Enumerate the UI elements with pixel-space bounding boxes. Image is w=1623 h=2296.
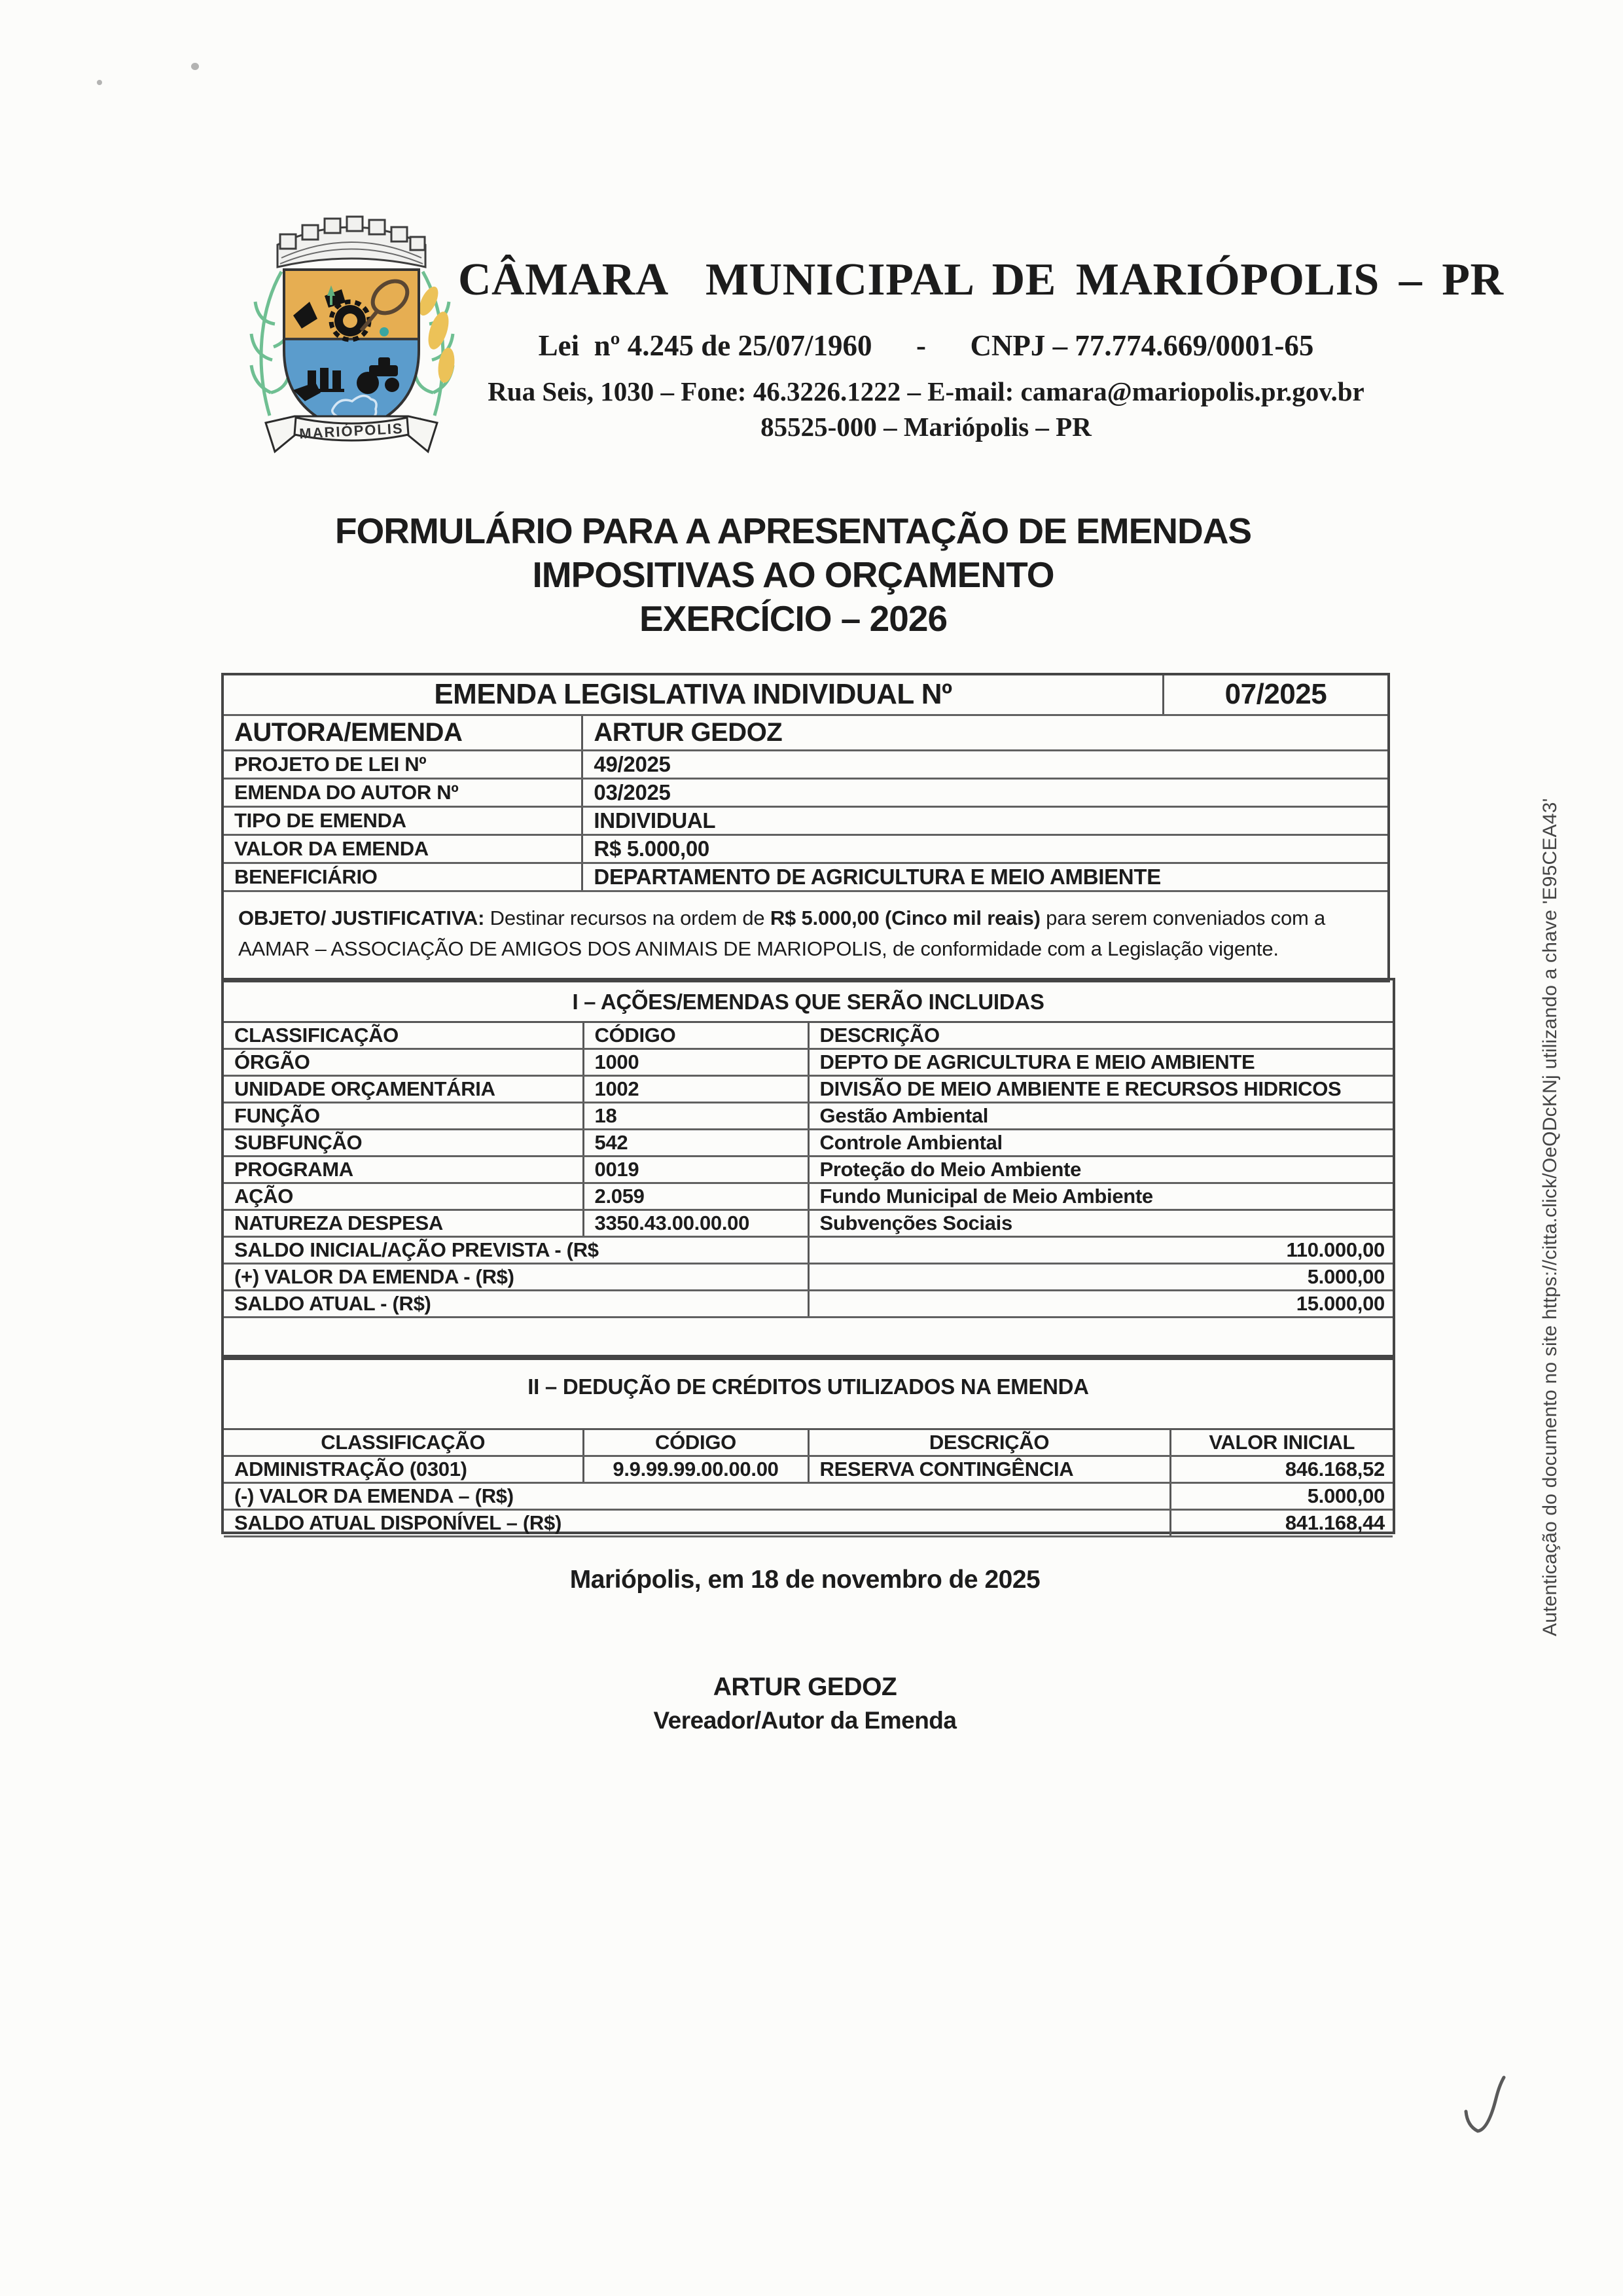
table-row: NATUREZA DESPESA 3350.43.00.00.00 Subven… <box>224 1210 1393 1237</box>
table-row: EMENDA DO AUTOR Nº 03/2025 <box>223 778 1389 806</box>
emenda-header-label: EMENDA LEGISLATIVA INDIVIDUAL Nº <box>223 674 1163 715</box>
field-value: DEPARTAMENTO DE AGRICULTURA E MEIO AMBIE… <box>582 863 1389 891</box>
description-cell: Proteção do Meio Ambiente <box>808 1157 1393 1183</box>
code-cell: 0019 <box>583 1157 808 1183</box>
emenda-table: EMENDA LEGISLATIVA INDIVIDUAL Nº 07/2025… <box>221 673 1390 982</box>
form-title-line1: FORMULÁRIO PARA A APRESENTAÇÃO DE EMENDA… <box>223 509 1364 553</box>
column-header: DESCRIÇÃO <box>808 1429 1170 1456</box>
column-header: CLASSIFICAÇÃO <box>224 1022 583 1049</box>
section-2-header-row: CLASSIFICAÇÃO CÓDIGO DESCRIÇÃO VALOR INI… <box>224 1429 1393 1456</box>
banner-ribbon: MARIÓPOLIS <box>266 416 437 452</box>
table-row: UNIDADE ORÇAMENTÁRIA 1002 DIVISÃO DE MEI… <box>224 1076 1393 1103</box>
summary-row: (-) VALOR DA EMENDA – (R$) 5.000,00 <box>224 1483 1393 1510</box>
field-label: BENEFICIÁRIO <box>223 863 582 891</box>
description-cell: DEPTO DE AGRICULTURA E MEIO AMBIENTE <box>808 1049 1393 1076</box>
form-title-line2: IMPOSITIVAS AO ORÇAMENTO <box>223 553 1364 597</box>
column-header: DESCRIÇÃO <box>808 1022 1393 1049</box>
scan-speck <box>97 80 102 85</box>
value-cell: 846.168,52 <box>1170 1456 1393 1483</box>
signer-role: Vereador/Autor da Emenda <box>223 1707 1387 1734</box>
description-cell: Subvenções Sociais <box>808 1210 1393 1237</box>
section-1-header-row: CLASSIFICAÇÃO CÓDIGO DESCRIÇÃO <box>224 1022 1393 1049</box>
column-header: VALOR INICIAL <box>1170 1429 1393 1456</box>
classification-cell: SUBFUNÇÃO <box>224 1130 583 1157</box>
emenda-number: 07/2025 <box>1163 674 1389 715</box>
justificativa-text: OBJETO/ JUSTIFICATIVA: Destinar recursos… <box>223 891 1389 981</box>
checkmark-icon <box>1462 2073 1517 2142</box>
description-cell: DIVISÃO DE MEIO AMBIENTE E RECURSOS HIDR… <box>808 1076 1393 1103</box>
section-1-box: I – AÇÕES/EMENDAS QUE SERÃO INCLUIDAS CL… <box>221 978 1395 1357</box>
emenda-header-row: EMENDA LEGISLATIVA INDIVIDUAL Nº 07/2025 <box>223 674 1389 715</box>
code-cell: 9.9.99.99.00.00.00 <box>583 1456 808 1483</box>
table-row: AÇÃO 2.059 Fundo Municipal de Meio Ambie… <box>224 1183 1393 1210</box>
description-cell: Controle Ambiental <box>808 1130 1393 1157</box>
summary-label: SALDO ATUAL - (R$) <box>224 1291 808 1318</box>
field-value: R$ 5.000,00 <box>582 834 1389 863</box>
field-label: EMENDA DO AUTOR Nº <box>223 778 582 806</box>
field-label: PROJETO DE LEI Nº <box>223 750 582 778</box>
field-label: AUTORA/EMENDA <box>223 715 582 750</box>
table-row: BENEFICIÁRIO DEPARTAMENTO DE AGRICULTURA… <box>223 863 1389 891</box>
classification-cell: PROGRAMA <box>224 1157 583 1183</box>
table-row: ADMINISTRAÇÃO (0301) 9.9.99.99.00.00.00 … <box>224 1456 1393 1483</box>
description-cell: Fundo Municipal de Meio Ambiente <box>808 1183 1393 1210</box>
table-row: FUNÇÃO 18 Gestão Ambiental <box>224 1103 1393 1130</box>
table-row: VALOR DA EMENDA R$ 5.000,00 <box>223 834 1389 863</box>
classification-cell: FUNÇÃO <box>224 1103 583 1130</box>
scan-speck <box>191 63 199 70</box>
classification-cell: UNIDADE ORÇAMENTÁRIA <box>224 1076 583 1103</box>
date-line: Mariópolis, em 18 de novembro de 2025 <box>223 1566 1387 1594</box>
table-row: AUTORA/EMENDA ARTUR GEDOZ <box>223 715 1389 750</box>
summary-row: SALDO INICIAL/AÇÃO PREVISTA - (R$ 110.00… <box>224 1237 1393 1264</box>
summary-row: SALDO ATUAL - (R$) 15.000,00 <box>224 1291 1393 1318</box>
justificativa-amount: R$ 5.000,00 (Cinco mil reais) <box>770 906 1041 929</box>
summary-label: SALDO ATUAL DISPONÍVEL – (R$) <box>224 1510 1170 1537</box>
signer-name: ARTUR GEDOZ <box>223 1673 1387 1702</box>
scanned-document-page: MARIÓPOLIS CÂMARA MUNICIPAL DE MARIÓPOLI… <box>0 0 1623 2296</box>
summary-row: (+) VALOR DA EMENDA - (R$) 5.000,00 <box>224 1264 1393 1291</box>
code-cell: 18 <box>583 1103 808 1130</box>
city-line: 85525-000 – Mariópolis – PR <box>458 411 1394 442</box>
summary-value: 841.168,44 <box>1170 1510 1393 1537</box>
table-row: SUBFUNÇÃO 542 Controle Ambiental <box>224 1130 1393 1157</box>
summary-value: 5.000,00 <box>1170 1483 1393 1510</box>
classification-cell: ÓRGÃO <box>224 1049 583 1076</box>
section-2-box: II – DEDUÇÃO DE CRÉDITOS UTILIZADOS NA E… <box>221 1357 1395 1534</box>
mural-crown <box>277 217 425 267</box>
municipal-coat-of-arms-logo: MARIÓPOLIS <box>243 196 459 457</box>
code-cell: 1002 <box>583 1076 808 1103</box>
address-line: Rua Seis, 1030 – Fone: 46.3226.1222 – E-… <box>458 376 1394 407</box>
description-cell: RESERVA CONTINGÊNCIA <box>808 1456 1170 1483</box>
table-row: PROJETO DE LEI Nº 49/2025 <box>223 750 1389 778</box>
form-title-line3: EXERCÍCIO – 2026 <box>223 597 1364 641</box>
summary-value: 110.000,00 <box>808 1237 1393 1264</box>
column-header: CLASSIFICAÇÃO <box>224 1429 583 1456</box>
summary-label: SALDO INICIAL/AÇÃO PREVISTA - (R$ <box>224 1237 808 1264</box>
justificativa-row: OBJETO/ JUSTIFICATIVA: Destinar recursos… <box>223 891 1389 981</box>
summary-value: 5.000,00 <box>808 1264 1393 1291</box>
table-row: ÓRGÃO 1000 DEPTO DE AGRICULTURA E MEIO A… <box>224 1049 1393 1076</box>
table-row: PROGRAMA 0019 Proteção do Meio Ambiente <box>224 1157 1393 1183</box>
section-2-table: CLASSIFICAÇÃO CÓDIGO DESCRIÇÃO VALOR INI… <box>224 1428 1393 1537</box>
summary-label: (-) VALOR DA EMENDA – (R$) <box>224 1483 1170 1510</box>
organization-name: CÂMARA MUNICIPAL DE MARIÓPOLIS – PR <box>458 254 1394 306</box>
field-label: TIPO DE EMENDA <box>223 806 582 834</box>
section-2-title: II – DEDUÇÃO DE CRÉDITOS UTILIZADOS NA E… <box>224 1374 1393 1399</box>
summary-row: SALDO ATUAL DISPONÍVEL – (R$) 841.168,44 <box>224 1510 1393 1537</box>
summary-label: (+) VALOR DA EMENDA - (R$) <box>224 1264 808 1291</box>
table-row: TIPO DE EMENDA INDIVIDUAL <box>223 806 1389 834</box>
coat-of-arms-graphic: MARIÓPOLIS <box>243 196 459 457</box>
letterhead: CÂMARA MUNICIPAL DE MARIÓPOLIS – PR Lei … <box>458 254 1394 442</box>
justificativa-intro: Destinar recursos na ordem de <box>490 906 770 929</box>
field-label: VALOR DA EMENDA <box>223 834 582 863</box>
column-header: CÓDIGO <box>583 1429 808 1456</box>
shield <box>284 270 419 432</box>
authentication-sidebar-text: Autenticação do documento no site https:… <box>1539 798 1561 1636</box>
field-value: 03/2025 <box>582 778 1389 806</box>
column-header: CÓDIGO <box>583 1022 808 1049</box>
summary-value: 15.000,00 <box>808 1291 1393 1318</box>
justificativa-label: OBJETO/ JUSTIFICATIVA: <box>238 906 490 929</box>
form-title: FORMULÁRIO PARA A APRESENTAÇÃO DE EMENDA… <box>223 509 1364 641</box>
code-cell: 3350.43.00.00.00 <box>583 1210 808 1237</box>
classification-cell: AÇÃO <box>224 1183 583 1210</box>
section-1-title: I – AÇÕES/EMENDAS QUE SERÃO INCLUIDAS <box>224 990 1393 1014</box>
classification-cell: NATUREZA DESPESA <box>224 1210 583 1237</box>
description-cell: Gestão Ambiental <box>808 1103 1393 1130</box>
law-cnpj-line: Lei nº 4.245 de 25/07/1960 - CNPJ – 77.7… <box>458 329 1394 363</box>
section-1-table: CLASSIFICAÇÃO CÓDIGO DESCRIÇÃO ÓRGÃO 100… <box>224 1021 1393 1318</box>
field-value: 49/2025 <box>582 750 1389 778</box>
classification-cell: ADMINISTRAÇÃO (0301) <box>224 1456 583 1483</box>
code-cell: 2.059 <box>583 1183 808 1210</box>
field-value: ARTUR GEDOZ <box>582 715 1389 750</box>
field-value: INDIVIDUAL <box>582 806 1389 834</box>
code-cell: 1000 <box>583 1049 808 1076</box>
handwritten-checkmark <box>1462 2073 1517 2142</box>
code-cell: 542 <box>583 1130 808 1157</box>
